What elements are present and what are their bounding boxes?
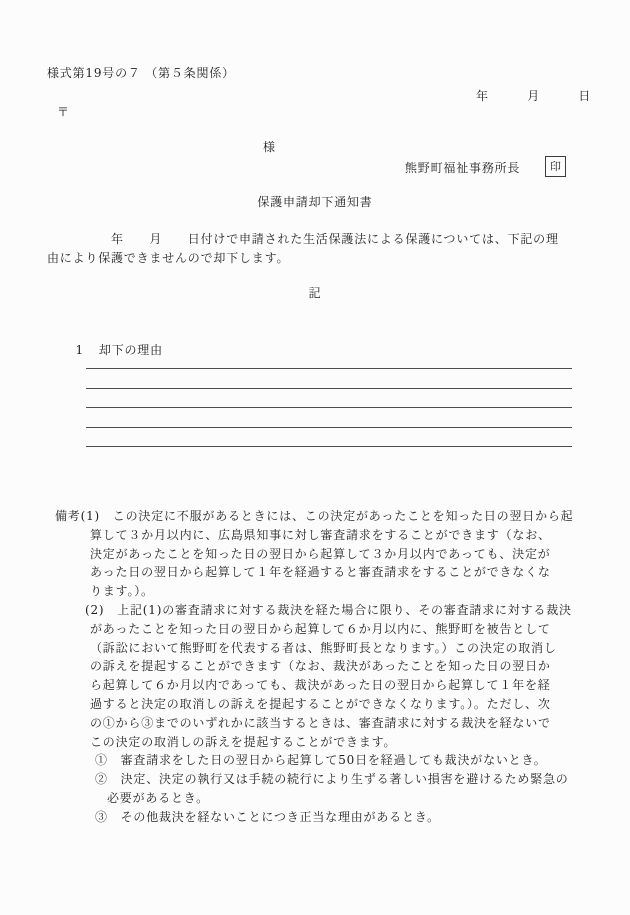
document-page: 様式第19号の７ （第５条関係） 年 月 日 〒 様 熊野町福祉事務所長 印 保… bbox=[0, 0, 630, 915]
remark-line: 必要があるとき。 bbox=[0, 789, 630, 808]
addressee-honorific: 様 bbox=[263, 138, 276, 157]
remark-line: (2) 上記(1)の審査請求に対する裁決を経た場合に限り、その審査請求に対する裁… bbox=[0, 601, 630, 620]
document-title: 保護申請却下通知書 bbox=[0, 193, 630, 212]
remark-line: あった日の翌日から起算して１年を経過すると審査請求をすることができなくな bbox=[0, 563, 630, 582]
reason-blank-line bbox=[86, 428, 572, 447]
remark-line: （訴訟において熊野町を代表する者は、熊野町長となります。）この決定の取消し bbox=[0, 639, 630, 658]
reason-blank-line bbox=[86, 408, 572, 427]
body-line: 由により保護できませんので却下します。 bbox=[47, 249, 583, 268]
postal-code-mark: 〒 bbox=[57, 103, 70, 122]
seal-mark: 印 bbox=[550, 161, 561, 172]
remark-line: ります。）。 bbox=[0, 582, 630, 601]
issuer-title: 熊野町福祉事務所長 bbox=[405, 159, 520, 178]
issue-date-blanks: 年 月 日 bbox=[476, 87, 591, 106]
remark-line: の訴えを提起することができます（なお、裁決があったことを知った日の翌日か bbox=[0, 657, 630, 676]
remark-line: ら起算して６か月以内であっても、裁決があった日の翌日から起算して１年を経 bbox=[0, 676, 630, 695]
body-paragraph: 年 月 日付けで申請された生活保護法による保護については、下記の理 由により保護… bbox=[47, 230, 583, 268]
remark-line: 決定があったことを知った日の翌日から起算して３か月以内であっても、決定が bbox=[0, 545, 630, 564]
remark-line: 備考(1) この決定に不服があるときには、この決定があったことを知った日の翌日か… bbox=[0, 507, 630, 526]
remark-line: ① 審査請求をした日の翌日から起算して50日を経過しても裁決がないとき。 bbox=[0, 751, 630, 770]
remark-line: 算して３か月以内に、広島県知事に対し審査請求をすることができます（なお、 bbox=[0, 526, 630, 545]
form-number: 様式第19号の７ （第５条関係） bbox=[47, 64, 235, 83]
ki-heading: 記 bbox=[0, 284, 630, 303]
body-line: 年 月 日付けで申請された生活保護法による保護については、下記の理 bbox=[47, 230, 583, 249]
remark-line: ② 決定、決定の執行又は手続の続行により生ずる著しい損害を避けるため緊急の bbox=[0, 770, 630, 789]
reason-blank-line bbox=[86, 369, 572, 388]
rejection-reason-field bbox=[86, 350, 572, 447]
remark-line: ③ その他裁決を経ないことにつき正当な理由があるとき。 bbox=[0, 808, 630, 827]
remark-line: があったことを知った日の翌日から起算して６か月以内に、熊野町を被告として bbox=[0, 620, 630, 639]
remark-line: この決定の取消しの訴えを提起することができます。 bbox=[0, 733, 630, 752]
seal-box: 印 bbox=[545, 156, 566, 177]
reason-blank-line bbox=[86, 350, 572, 369]
remark-line: 過すると決定の取消しの訴えを提起することができなくなります。）。ただし、次 bbox=[0, 695, 630, 714]
section-number: 1 bbox=[75, 343, 83, 357]
remarks-block: 備考(1) この決定に不服があるときには、この決定があったことを知った日の翌日か… bbox=[0, 507, 630, 827]
reason-blank-line bbox=[86, 389, 572, 408]
remark-line: の①から③までのいずれかに該当するときは、審査請求に対する裁決を経ないで bbox=[0, 714, 630, 733]
